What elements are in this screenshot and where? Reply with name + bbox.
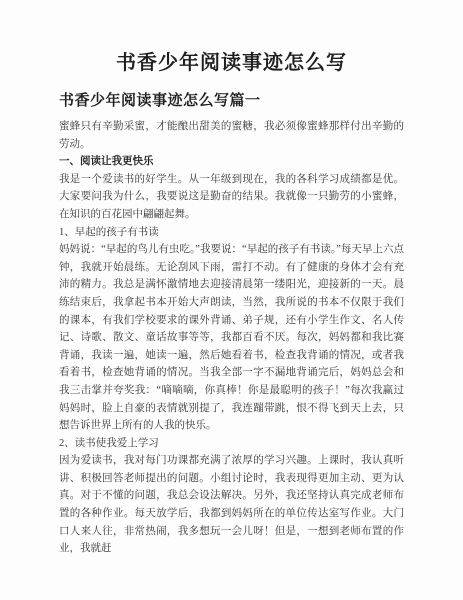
section-heading-part-one: 书香少年阅读事迹怎么写篇一 xyxy=(59,92,404,111)
document-page: 书香少年阅读事迹怎么写 书香少年阅读事迹怎么写篇一 蜜蜂只有辛勤采蜜，才能酿出甜… xyxy=(0,0,463,600)
subheading-early-riser: 1、早起的孩子有书读 xyxy=(59,224,404,242)
paragraph-morning-reading: 妈妈说：“早起的鸟儿有虫吃。”我要说：“早起的孩子有书读。”每天早上六点钟，我就… xyxy=(59,241,404,435)
subheading-love-learning: 2、读书使我爱上学习 xyxy=(59,435,404,453)
subheading-reading-makes-me-happier: 一、阅读让我更快乐 xyxy=(59,153,404,171)
document-title: 书香少年阅读事迹怎么写 xyxy=(0,0,463,75)
paragraph-good-student: 我是一个爱读书的好学生。从一年级到现在，我的各科学习成绩都是优。大家要问我为什么… xyxy=(59,171,404,224)
paragraph-love-learning: 因为爱读书，我对每门功课都充满了浓厚的学习兴趣。上课时，我认真听讲、积极回答老师… xyxy=(59,452,404,558)
paragraph-intro: 蜜蜂只有辛勤采蜜，才能酿出甜美的蜜糖，我必须像蜜蜂那样付出辛勤的劳动。 xyxy=(59,118,404,153)
document-body: 书香少年阅读事迹怎么写篇一 蜜蜂只有辛勤采蜜，才能酿出甜美的蜜糖，我必须像蜜蜂那… xyxy=(0,92,463,558)
